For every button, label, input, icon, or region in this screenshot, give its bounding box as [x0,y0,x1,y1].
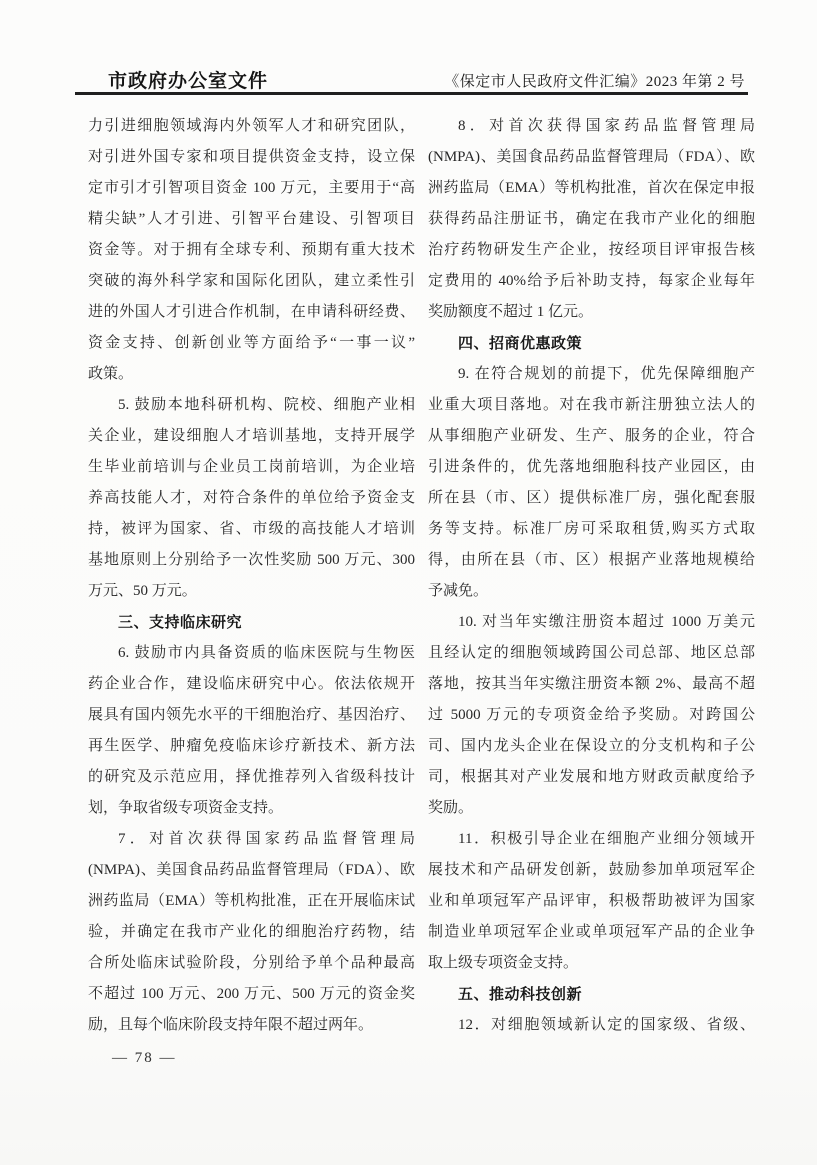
text-line: 再生医学、肿瘤免疫临床诊疗新技术、新方法 [88,731,415,762]
text-line: 11．积极引导企业在细胞产业细分领域开 [428,824,755,855]
text-line: 展具有国内领先水平的干细胞治疗、基因治疗、 [88,700,415,731]
text-line: 引进条件的，优先落地细胞科技产业园区，由 [428,452,755,483]
text-line: (NMPA)、美国食品药品监督管理局（FDA）、欧 [428,142,755,173]
text-line: 司，根据其对产业发展和地方财政贡献度给予 [428,762,755,793]
text-line: 定费用的 40%给予后补助支持，每家企业每年 [428,266,755,297]
text-line: 治疗药物研发生产企业，按经项目评审报告核 [428,235,755,266]
text-line: 10. 对当年实缴注册资本超过 1000 万美元 [428,607,755,638]
text-line: 得，由所在县（市、区）根据产业落地规模给 [428,545,755,576]
page-number: — 78 — [112,1050,177,1067]
text-line: 所在县（市、区）提供标准厂房，强化配套服 [428,483,755,514]
text-line: 进的外国人才引进合作机制，在申请科研经费、 [88,297,415,328]
text-line: 万元、50 万元。 [88,576,415,607]
text-line: 资金支持、创新创业等方面给予“一事一议” [88,328,415,359]
text-line: 取上级专项资金支持。 [428,948,755,979]
text-line: 6. 鼓励市内具备资质的临床医院与生物医 [88,638,415,669]
text-line: 8．对首次获得国家药品监督管理局 [428,111,755,142]
text-line: 且经认定的细胞领域跨国公司总部、地区总部 [428,638,755,669]
text-line: 奖励。 [428,793,755,824]
text-line: 合所处临床试验阶段，分别给予单个品种最高 [88,948,415,979]
right-column: 8．对首次获得国家药品监督管理局(NMPA)、美国食品药品监督管理局（FDA）、… [428,111,755,1041]
text-line: 过 5000 万元的专项资金给予奖励。对跨国公 [428,700,755,731]
text-line: 7．对首次获得国家药品监督管理局 [88,824,415,855]
text-line: 验，并确定在我市产业化的细胞治疗药物，结 [88,917,415,948]
text-line: 持，被评为国家、省、市级的高技能人才培训 [88,514,415,545]
text-line: 突破的海外科学家和国际化团队，建立柔性引 [88,266,415,297]
text-line: 五、推动科技创新 [428,979,755,1010]
text-line: 洲药监局（EMA）等机构批准，首次在保定申报 [428,173,755,204]
text-line: 资金等。对于拥有全球专利、预期有重大技术 [88,235,415,266]
header-doc-category: 市政府办公室文件 [108,66,268,93]
left-column: 力引进细胞领域海内外领军人才和研究团队，对引进外国专家和项目提供资金支持，设立保… [88,111,415,1041]
document-page: 市政府办公室文件 《保定市人民政府文件汇编》2023 年第 2 号 力引进细胞领… [0,0,817,1165]
text-line: 三、支持临床研究 [88,607,415,638]
text-line: 落地，按其当年实缴注册资本额 2%、最高不超 [428,669,755,700]
text-line: 药企业合作，建设临床研究中心。依法依规开 [88,669,415,700]
text-line: 励，且每个临床阶段支持年限不超过两年。 [88,1010,415,1041]
text-line: (NMPA)、美国食品药品监督管理局（FDA）、欧 [88,855,415,886]
text-line: 洲药监局（EMA）等机构批准，正在开展临床试 [88,886,415,917]
text-line: 5. 鼓励本地科研机构、院校、细胞产业相 [88,390,415,421]
text-line: 9. 在符合规划的前提下，优先保障细胞产 [428,359,755,390]
header-compilation-issue: 《保定市人民政府文件汇编》2023 年第 2 号 [444,70,745,91]
text-line: 奖励额度不超过 1 亿元。 [428,297,755,328]
text-line: 力引进细胞领域海内外领军人才和研究团队， [88,111,415,142]
text-line: 获得药品注册证书，确定在我市产业化的细胞 [428,204,755,235]
text-line: 养高技能人才，对符合条件的单位给予资金支 [88,483,415,514]
text-line: 不超过 100 万元、200 万元、500 万元的资金奖 [88,979,415,1010]
text-line: 展技术和产品研发创新，鼓励参加单项冠军企 [428,855,755,886]
text-line: 精尖缺”人才引进、引智平台建设、引智项目 [88,204,415,235]
text-line: 政策。 [88,359,415,390]
document-body: 力引进细胞领域海内外领军人才和研究团队，对引进外国专家和项目提供资金支持，设立保… [88,111,755,1041]
text-line: 划，争取省级专项资金支持。 [88,793,415,824]
text-line: 司、国内龙头企业在保设立的分支机构和子公 [428,731,755,762]
text-line: 生毕业前培训与企业员工岗前培训，为企业培 [88,452,415,483]
text-line: 对引进外国专家和项目提供资金支持，设立保 [88,142,415,173]
text-line: 业重大项目落地。对在我市新注册独立法人的 [428,390,755,421]
text-line: 的研究及示范应用，择优推荐列入省级科技计 [88,762,415,793]
text-line: 四、招商优惠政策 [428,328,755,359]
text-line: 从事细胞产业研发、生产、服务的企业，符合 [428,421,755,452]
text-line: 定市引才引智项目资金 100 万元，主要用于“高 [88,173,415,204]
header-rule [75,92,748,95]
text-line: 务等支持。标准厂房可采取租赁,购买方式取 [428,514,755,545]
text-line: 予减免。 [428,576,755,607]
text-line: 业和单项冠军产品评审，积极帮助被评为国家 [428,886,755,917]
text-line: 关企业，建设细胞人才培训基地，支持开展学 [88,421,415,452]
text-line: 12．对细胞领域新认定的国家级、省级、 [428,1010,755,1041]
text-line: 制造业单项冠军企业或单项冠军产品的企业争 [428,917,755,948]
text-line: 基地原则上分别给予一次性奖励 500 万元、300 [88,545,415,576]
